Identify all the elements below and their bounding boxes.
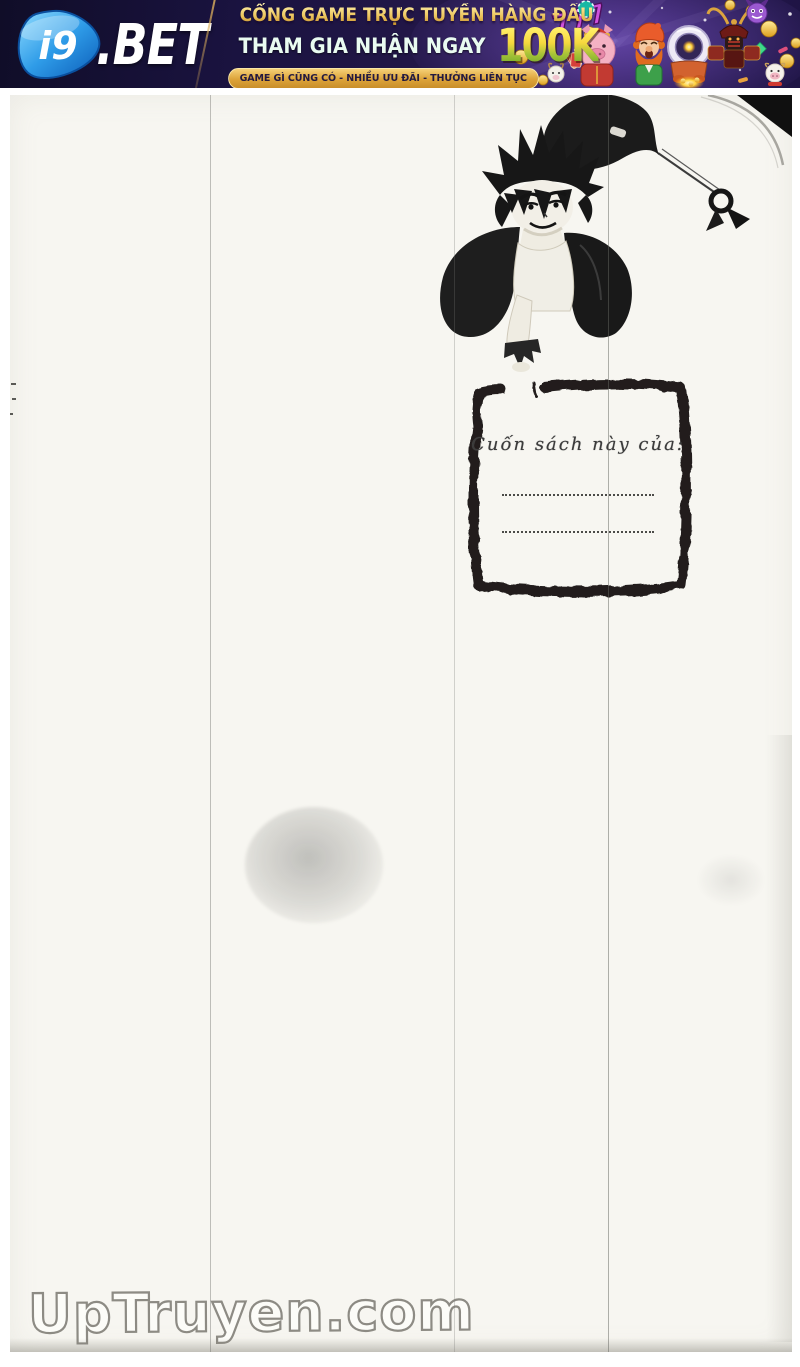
name-line: [502, 531, 654, 533]
bookplate-label: Cuốn sách này của:: [460, 434, 696, 455]
samurai-character-icon: [708, 9, 760, 68]
banner-text-block: CỔNG GAME TRỰC TUYẾN HÀNG ĐẦU THAM GIA N…: [220, 3, 528, 88]
i9bet-logo: i9 .BET: [8, 5, 208, 83]
demon-character-icon: [744, 0, 770, 23]
banner-cta-row: THAM GIA NHẬN NGAY 100K: [220, 26, 528, 66]
page-corner-fold-icon: [701, 95, 792, 168]
banner-cta-text: THAM GIA NHẬN NGAY: [239, 34, 486, 58]
gem-icon: [754, 42, 767, 55]
gnome-character-icon: [633, 23, 665, 85]
watermark: UpTruyen.com: [28, 1279, 475, 1345]
cow-character-icon: [765, 63, 784, 86]
bookplate-border: [460, 372, 696, 602]
logo-bet-text: .BET: [96, 17, 208, 75]
screenshot-root: 777: [0, 0, 800, 1367]
banner-bonus-amount: 100K: [497, 26, 598, 66]
page-fold-line: [210, 95, 211, 1352]
ad-banner[interactable]: 777: [0, 0, 800, 88]
page-bottom-edge: [10, 1338, 792, 1352]
name-line: [502, 494, 654, 496]
faint-smudge: [698, 855, 764, 905]
paper-grain-texture: [10, 95, 310, 245]
bookplate-box: Cuốn sách này của:: [460, 372, 696, 602]
manga-page-scan: Cuốn sách này của: UpTruyen.com: [10, 95, 792, 1352]
edge-speck: [12, 398, 16, 400]
manga-artwork: [420, 95, 792, 405]
boy-character-art: [440, 95, 750, 372]
logo-i9-text: i9: [38, 24, 77, 68]
banner-pill: GAME GÌ CŨNG CÓ - NHIỀU ƯU ĐÃI - THƯỞNG …: [228, 68, 538, 88]
edge-speck: [11, 383, 16, 385]
ink-stain: [245, 807, 383, 923]
edge-speck: [10, 413, 13, 415]
page-edge-shading: [766, 735, 792, 1342]
astronaut-character-icon: [668, 26, 710, 88]
candy-bits: [738, 46, 789, 83]
logo-pick-icon: i9: [8, 6, 106, 82]
